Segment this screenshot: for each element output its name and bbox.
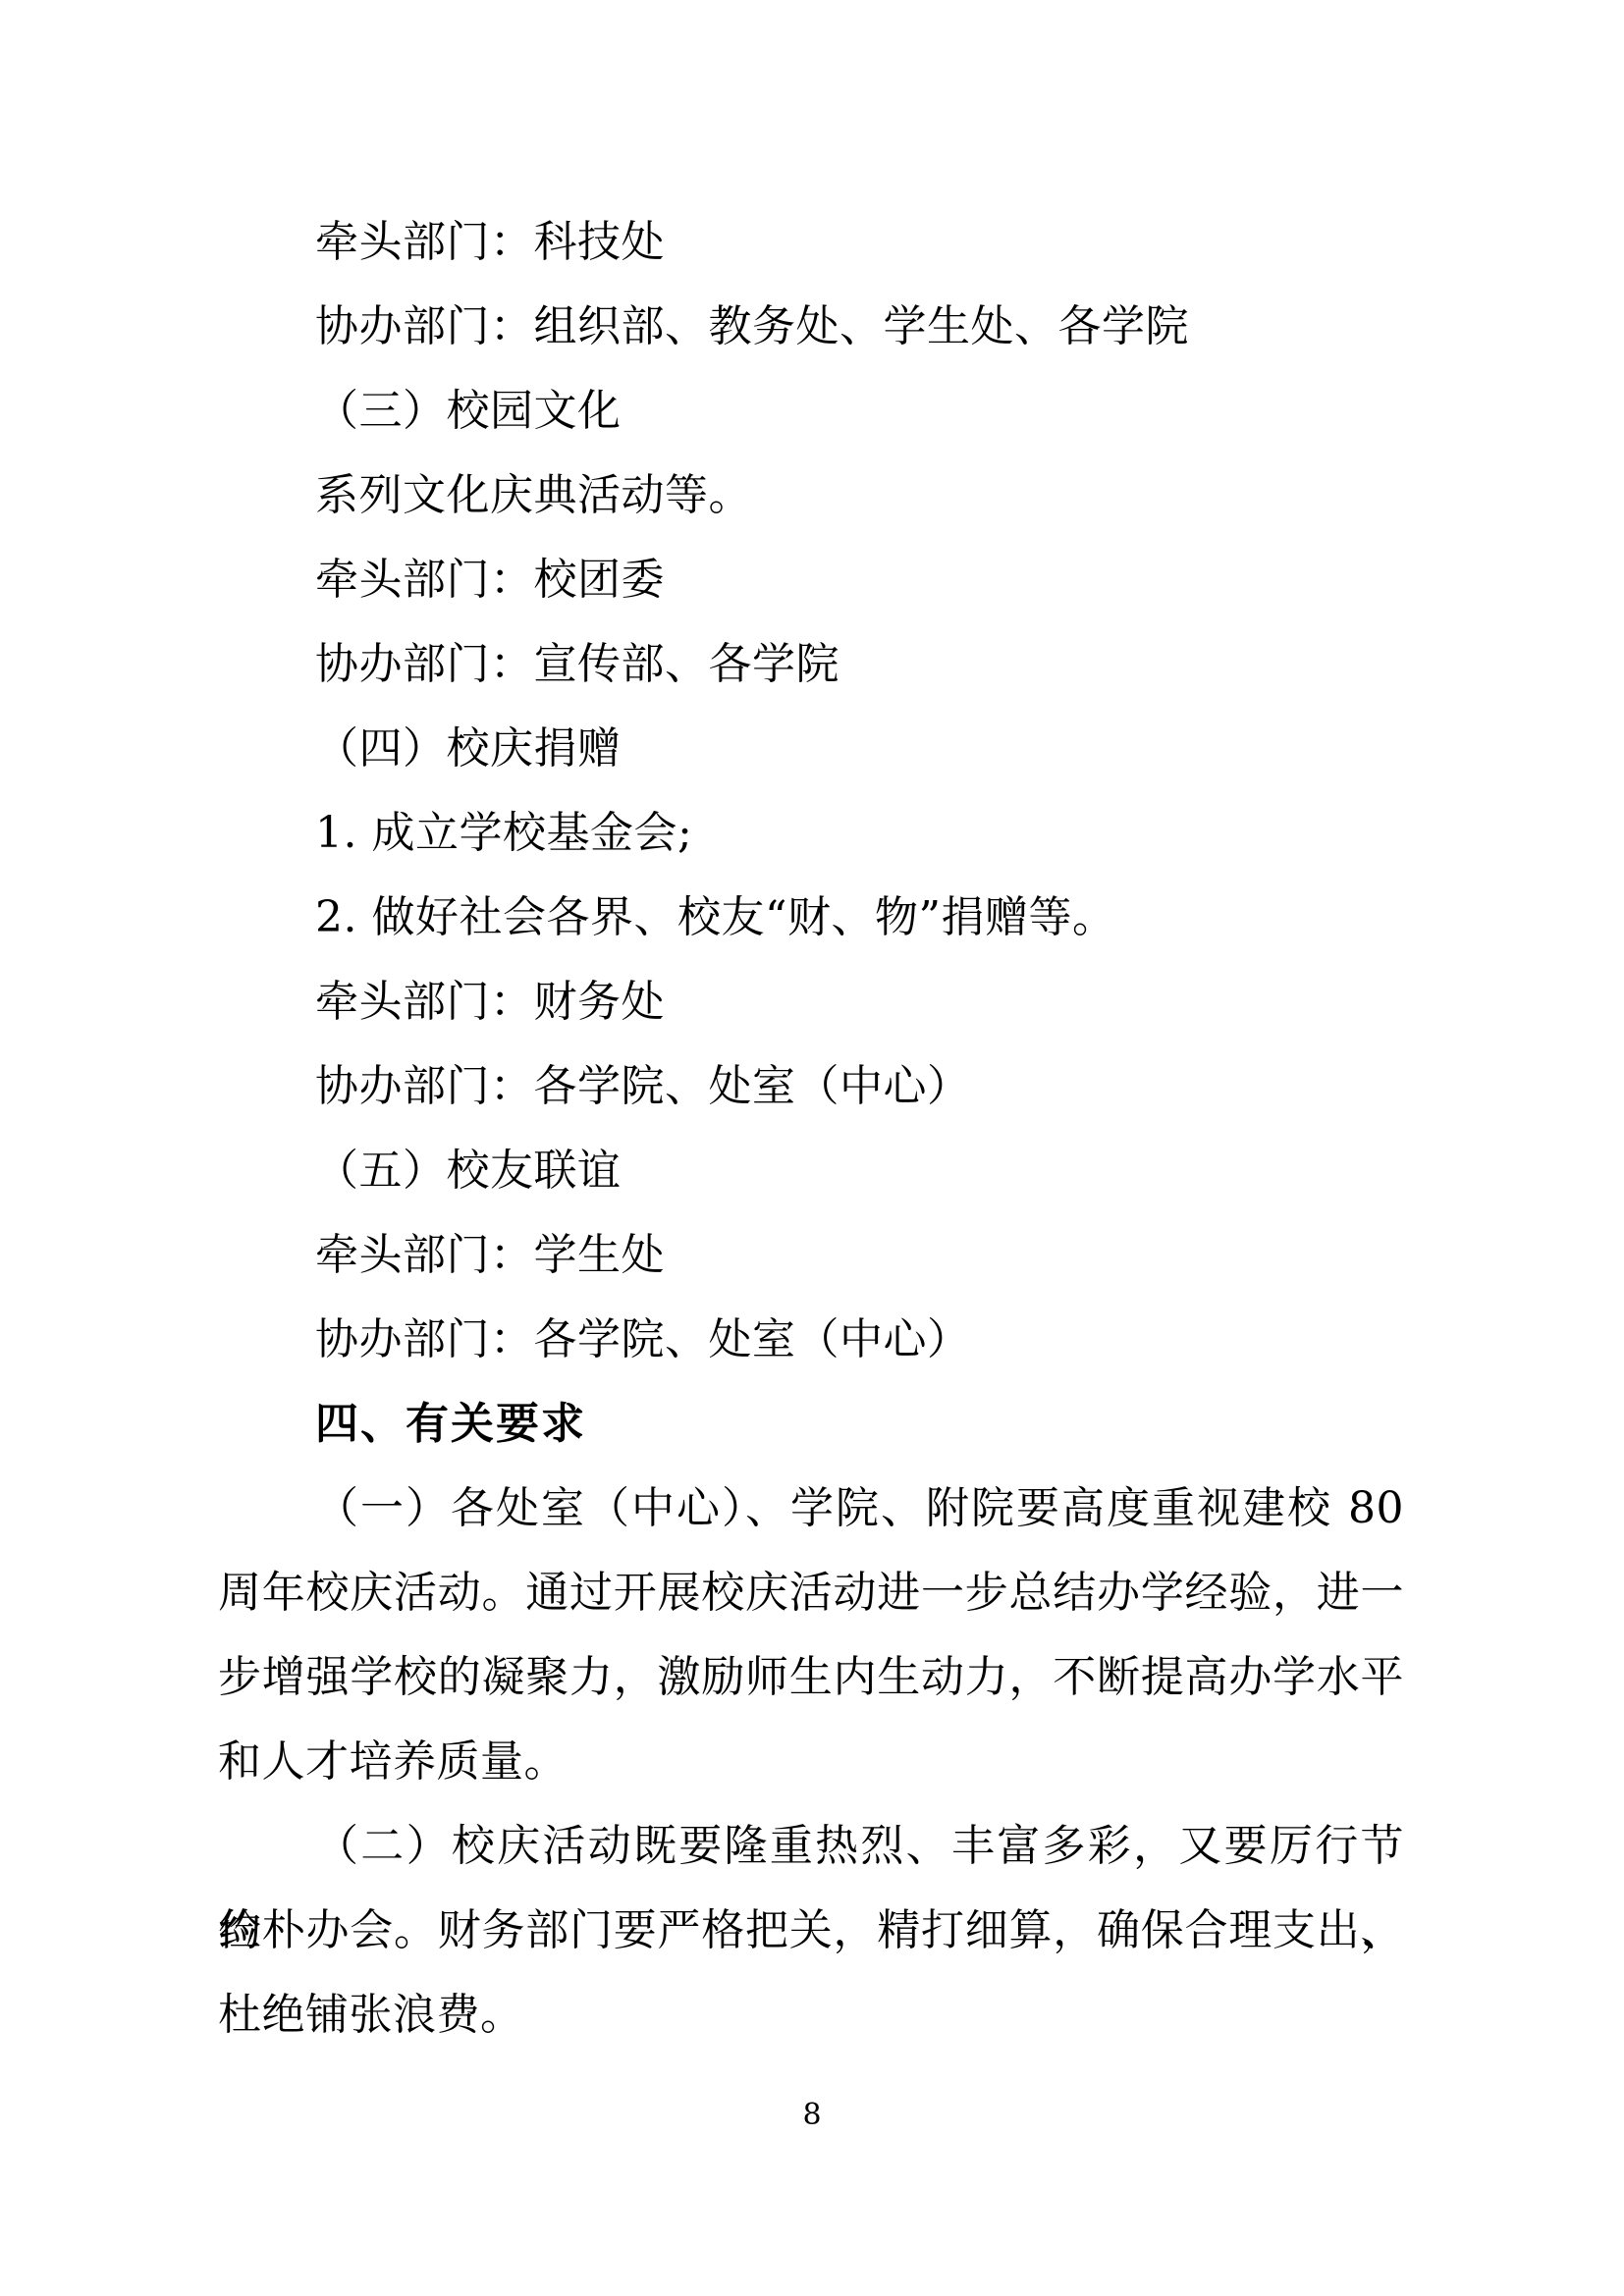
text-line: （三）校园文化 (218, 369, 1404, 454)
text-line: 1. 成立学校基金会; (218, 791, 1404, 876)
text-line: 牵头部门：校团委 (218, 538, 1404, 622)
document-lines: 牵头部门：科技处协办部门：组织部、教务处、学生处、各学院（三）校园文化系列文化庆… (218, 200, 1404, 2057)
text-line: 协办部门：各学院、处室（中心） (218, 1044, 1404, 1129)
text-line: （五）校友联谊 (218, 1129, 1404, 1213)
text-line: 和人才培养质量。 (218, 1720, 1404, 1804)
text-line: （四）校庆捐赠 (218, 707, 1404, 791)
text-line: 周年校庆活动。通过开展校庆活动进一步总结办学经验，进一 (218, 1551, 1404, 1635)
text-line: （一）各处室（中心）、学院、附院要高度重视建校 80 (218, 1467, 1404, 1551)
text-line: （二）校庆活动既要隆重热烈、丰富多彩，又要厉行节约、 (218, 1804, 1404, 1889)
text-line: 杜绝铺张浪费。 (218, 1973, 1404, 2057)
page-number: 8 (0, 2086, 1624, 2145)
text-line: 步增强学校的凝聚力，激励师生内生动力，不断提高办学水平 (218, 1635, 1404, 1720)
text-line: 协办部门：组织部、教务处、学生处、各学院 (218, 285, 1404, 369)
text-line: 系列文化庆典活动等。 (218, 454, 1404, 538)
document-page: 牵头部门：科技处协办部门：组织部、教务处、学生处、各学院（三）校园文化系列文化庆… (0, 0, 1624, 2296)
text-line: 牵头部门：财务处 (218, 960, 1404, 1044)
text-line: 2. 做好社会各界、校友“财、物”捐赠等。 (218, 876, 1404, 960)
text-line: 牵头部门：科技处 (218, 200, 1404, 285)
text-line: 协办部门：各学院、处室（中心） (218, 1298, 1404, 1382)
text-line: 协办部门：宣传部、各学院 (218, 622, 1404, 707)
text-line: 牵头部门：学生处 (218, 1213, 1404, 1298)
section-heading: 四、有关要求 (218, 1382, 1404, 1467)
text-line: 俭朴办会。财务部门要严格把关，精打细算，确保合理支出， (218, 1889, 1404, 1973)
